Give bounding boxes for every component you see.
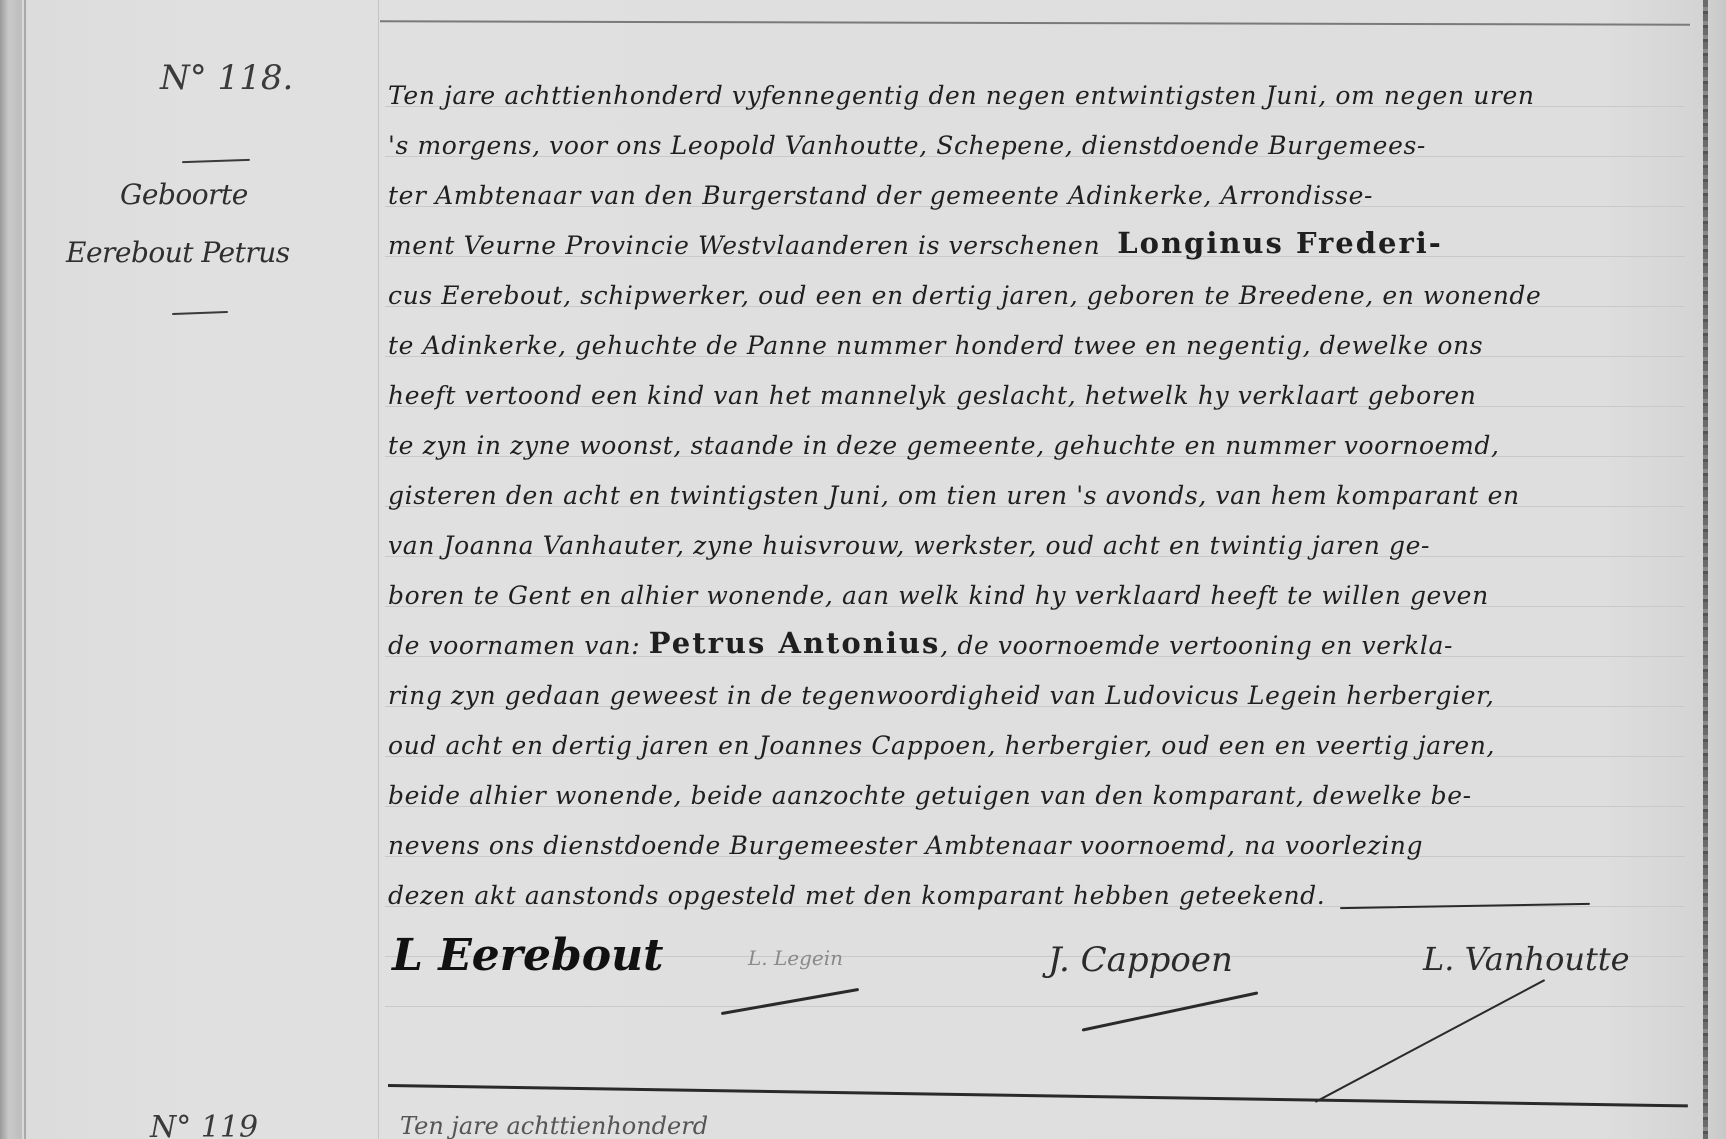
margin-swash	[182, 159, 250, 163]
body-line-7: heeft vertoond een kind van het mannelyk…	[388, 360, 1688, 410]
signature-row: L Eerebout L. Legein J. Cappoen L. Vanho…	[388, 930, 1688, 1000]
body-line-1: Ten jare achttienhonderd vyfennegentig d…	[388, 60, 1688, 110]
body-line-11: boren te Gent en alhier wonende, aan wel…	[388, 560, 1688, 610]
book-binding-edge	[0, 0, 22, 1139]
body-line-16: nevens ons dienstdoende Burgemeester Amb…	[388, 810, 1688, 860]
body-text: te zyn in zyne woonst, staande in deze g…	[388, 431, 1500, 460]
body-line-10: van Joanna Vanhauter, zyne huisvrouw, we…	[388, 510, 1688, 560]
margin-column-divider	[378, 0, 379, 1139]
body-text: boren te Gent en alhier wonende, aan wel…	[388, 581, 1489, 610]
signature-declarant: L Eerebout	[392, 930, 663, 981]
body-text: dezen akt aanstonds opgesteld met den ko…	[388, 881, 1325, 910]
entry-end-rule	[388, 1084, 1688, 1107]
body-line-13: ring zyn gedaan geweest in de tegenwoord…	[388, 660, 1688, 710]
body-line-2: 's morgens, voor ons Leopold Vanhoutte, …	[388, 110, 1688, 160]
body-line-14: oud acht en dertig jaren en Joannes Capp…	[388, 710, 1688, 760]
right-page-edge	[1703, 0, 1708, 1139]
body-text: ring zyn gedaan geweest in de tegenwoord…	[388, 681, 1494, 710]
body-line-17: dezen akt aanstonds opgesteld met den ko…	[388, 860, 1688, 910]
child-given-names: Petrus Antonius	[649, 626, 941, 660]
signature-witness-2: J. Cappoen	[1048, 940, 1233, 980]
left-margin-rule	[24, 0, 26, 1139]
body-line-3: ter Ambtenaar van den Burgerstand der ge…	[388, 160, 1688, 210]
signature-witness-1: L. Legein	[748, 946, 843, 970]
declarant-name: Longinus Frederi-	[1117, 226, 1443, 260]
entry-number: N° 118.	[160, 58, 293, 98]
margin-title-birth: Geboorte	[120, 178, 248, 211]
body-text: nevens ons dienstdoende Burgemeester Amb…	[388, 831, 1423, 860]
body-line-9: gisteren den acht en twintigsten Juni, o…	[388, 460, 1688, 510]
body-text: heeft vertoond een kind van het mannelyk…	[388, 381, 1476, 410]
margin-title-name: Eerebout Petrus	[66, 236, 290, 269]
body-text: ter Ambtenaar van den Burgerstand der ge…	[388, 181, 1373, 210]
body-text: de voornamen van:	[388, 631, 640, 660]
next-entry-text: Ten jare achttienhonderd	[400, 1112, 708, 1139]
body-line-12: de voornamen van: Petrus Antonius, de vo…	[388, 610, 1688, 660]
body-line-15: beide alhier wonende, beide aanzochte ge…	[388, 760, 1688, 810]
signature-official: L. Vanhoutte	[1423, 940, 1630, 978]
body-line-4: ment Veurne Provincie Westvlaanderen is …	[388, 210, 1688, 260]
top-separator-rule	[380, 20, 1690, 25]
body-text: van Joanna Vanhauter, zyne huisvrouw, we…	[388, 531, 1430, 560]
margin-swash	[172, 311, 228, 315]
body-line-5: cus Eerebout, schipwerker, oud een en de…	[388, 260, 1688, 310]
body-text: ment Veurne Provincie Westvlaanderen is …	[388, 231, 1100, 260]
body-text: beide alhier wonende, beide aanzochte ge…	[388, 781, 1472, 810]
body-text: Ten jare achttienhonderd vyfennegentig d…	[388, 81, 1535, 110]
register-page: N° 118. Geboorte Eerebout Petrus Ten jar…	[0, 0, 1726, 1139]
body-line-6: te Adinkerke, gehuchte de Panne nummer h…	[388, 310, 1688, 360]
body-text: , de voornoemde vertooning en verkla-	[940, 631, 1453, 660]
body-text: 's morgens, voor ons Leopold Vanhoutte, …	[388, 131, 1426, 160]
body-text: te Adinkerke, gehuchte de Panne nummer h…	[388, 331, 1483, 360]
next-entry-number: N° 119	[150, 1110, 258, 1139]
body-text: oud acht en dertig jaren en Joannes Capp…	[388, 731, 1495, 760]
body-line-8: te zyn in zyne woonst, staande in deze g…	[388, 410, 1688, 460]
body-text: gisteren den acht en twintigsten Juni, o…	[388, 481, 1520, 510]
body-text: cus Eerebout, schipwerker, oud een en de…	[388, 281, 1541, 310]
